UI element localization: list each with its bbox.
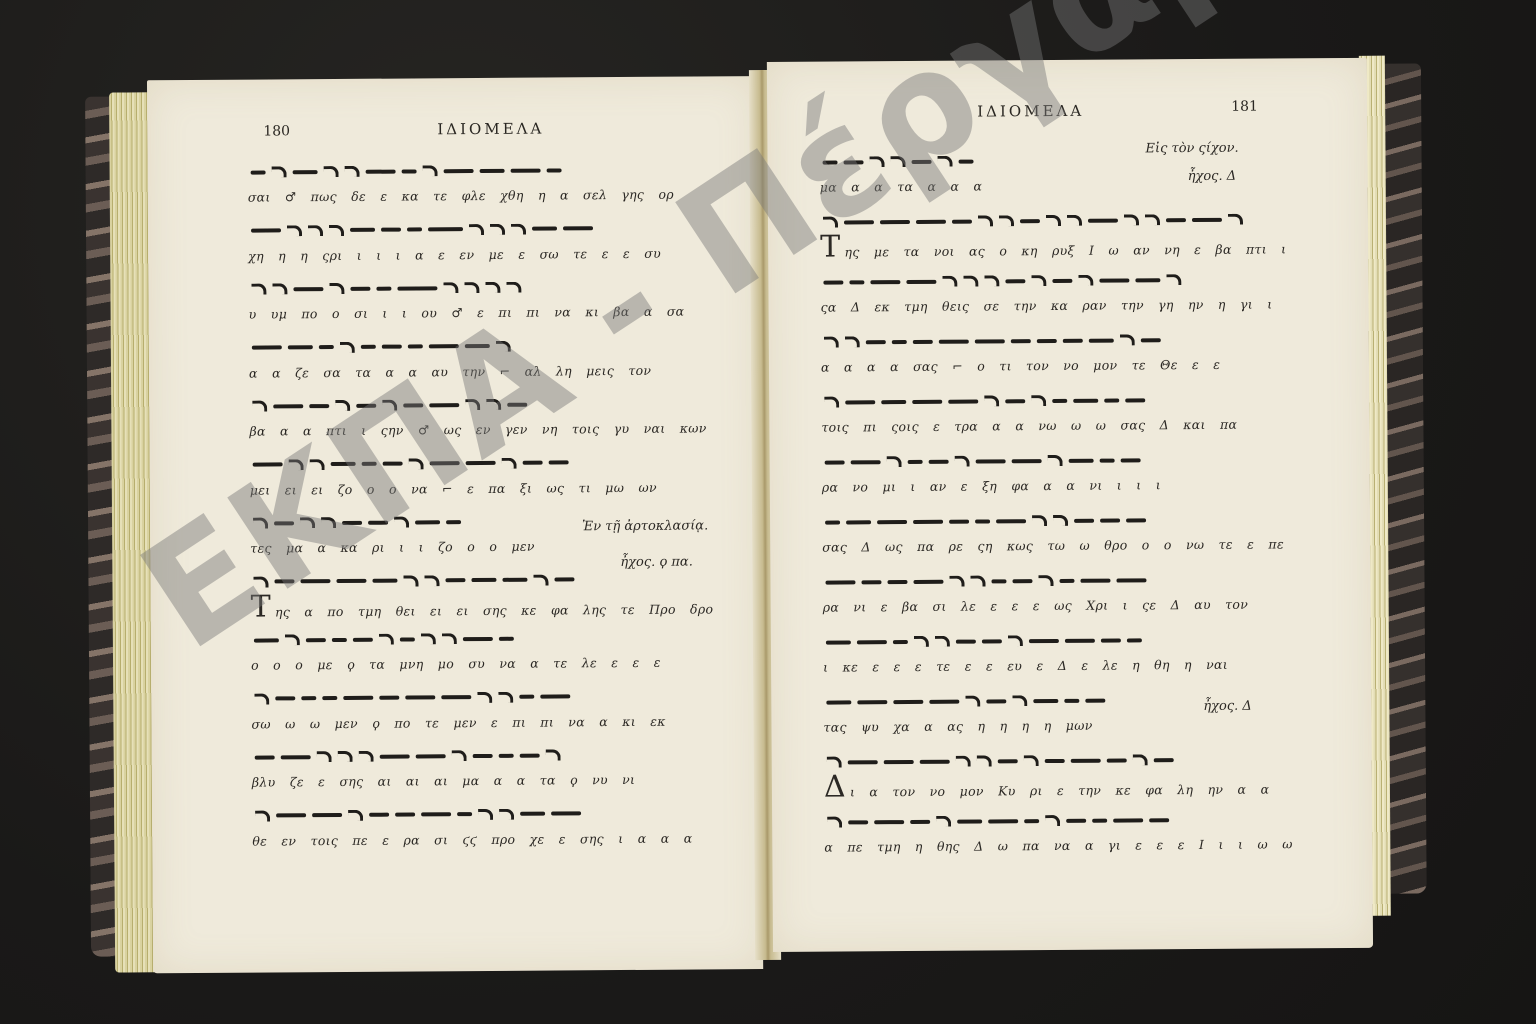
neume-glyph-icon — [857, 700, 887, 704]
neume-glyph-icon — [308, 225, 323, 236]
neume-glyph-icon — [952, 219, 972, 223]
music-line: τας ψυ χα α ας η η η η μων — [823, 688, 1283, 691]
music-line: Της με τα νοι ας ο κη ρυξ Ι ω αν νη ε βα… — [820, 208, 1280, 211]
lyrics-text: σαι ♂ πως δε ε κα τε φλε χθη η α σελ γης… — [248, 187, 674, 205]
neume-glyph-icon — [379, 696, 399, 700]
neume-glyph-icon — [551, 811, 581, 815]
neume-glyph-icon — [1149, 818, 1169, 822]
neume-glyph-icon — [532, 226, 557, 230]
neume-notation — [821, 329, 1164, 353]
neume-glyph-icon — [382, 345, 402, 349]
neume-glyph-icon — [383, 462, 403, 466]
music-line: σας Δ ως πα ρε ςη κως τω ω θρο ο ο νω τε… — [822, 508, 1282, 511]
neume-glyph-icon — [1053, 515, 1068, 526]
neume-glyph-icon — [1125, 398, 1145, 402]
neume-glyph-icon — [986, 699, 1006, 703]
neume-glyph-icon — [975, 519, 990, 523]
neume-glyph-icon — [338, 751, 353, 762]
neume-glyph-icon — [939, 339, 969, 343]
neume-glyph-icon — [977, 755, 992, 766]
neume-glyph-icon — [549, 460, 569, 464]
neume-glyph-icon — [424, 575, 439, 586]
neume-glyph-icon — [463, 636, 493, 640]
lyrics-text: βα α α πτι ι ςην ♂ ως εν γεν νη τοις γυ … — [249, 420, 706, 438]
neume-glyph-icon — [942, 276, 957, 287]
neume-glyph-icon — [1045, 815, 1060, 826]
neume-glyph-icon — [359, 751, 374, 762]
neume-glyph-icon — [1008, 635, 1023, 646]
neume-glyph-icon — [342, 520, 362, 524]
neume-glyph-icon — [1127, 638, 1142, 642]
neume-glyph-icon — [1089, 338, 1114, 342]
neume-glyph-icon — [519, 695, 534, 699]
page-number: 180 — [263, 123, 290, 139]
neume-glyph-icon — [824, 397, 839, 408]
neume-glyph-icon — [361, 345, 376, 349]
neume-glyph-icon — [988, 819, 1018, 823]
neume-notation — [819, 151, 976, 174]
neume-glyph-icon — [956, 639, 976, 643]
neume-glyph-icon — [465, 399, 480, 410]
neume-glyph-icon — [1063, 338, 1083, 342]
neume-glyph-icon — [929, 459, 949, 463]
neume-glyph-icon — [251, 170, 266, 174]
lyrics-text: ι κε ε ε ε τε ε ε ευ ε Δ ε λε η θη η ναι — [823, 657, 1228, 675]
neume-glyph-icon — [1033, 698, 1058, 702]
music-line: υ υμ πο ο σι ι ι ου ♂ ε πι πι να κι βα α… — [248, 275, 708, 278]
neume-glyph-icon — [407, 227, 422, 231]
neume-glyph-icon — [444, 169, 474, 173]
neume-glyph-icon — [251, 283, 266, 294]
neume-glyph-icon — [938, 156, 953, 167]
neume-glyph-icon — [1080, 578, 1110, 582]
neume-glyph-icon — [870, 156, 885, 167]
drop-initial: Τ — [820, 229, 841, 264]
neume-glyph-icon — [423, 165, 438, 176]
neume-glyph-icon — [252, 345, 282, 349]
neume-glyph-icon — [1104, 398, 1119, 402]
neume-glyph-icon — [348, 809, 363, 820]
neume-glyph-icon — [322, 696, 337, 700]
neume-glyph-icon — [1020, 219, 1040, 223]
neume-glyph-icon — [332, 637, 347, 641]
neume-notation — [248, 218, 596, 242]
neume-glyph-icon — [1120, 334, 1135, 345]
neume-glyph-icon — [445, 578, 465, 582]
neume-glyph-icon — [547, 168, 562, 172]
page-number: 181 — [1231, 99, 1258, 115]
music-line: ρα νι ε βα σι λε ε ε ε ως Χρι ι ςε Δ αυ … — [822, 568, 1282, 571]
neume-glyph-icon — [1059, 578, 1074, 582]
neume-glyph-icon — [464, 282, 479, 293]
music-line: τες μα α κα ρι ι ι ζο ο ο μεν — [250, 509, 710, 512]
neume-glyph-icon — [949, 576, 964, 587]
rubric-mode: ἦχος. Δ — [1188, 169, 1237, 184]
neume-glyph-icon — [319, 345, 334, 349]
neume-glyph-icon — [1052, 398, 1067, 402]
neume-glyph-icon — [397, 286, 437, 290]
neume-glyph-icon — [1032, 515, 1047, 526]
neume-glyph-icon — [457, 812, 472, 816]
neume-glyph-icon — [331, 462, 356, 466]
neume-glyph-icon — [970, 575, 985, 586]
neume-glyph-icon — [446, 520, 461, 524]
neume-notation — [822, 569, 1149, 593]
neume-glyph-icon — [309, 404, 329, 408]
neume-glyph-icon — [452, 750, 467, 761]
neume-glyph-icon — [1046, 215, 1061, 226]
neume-glyph-icon — [563, 226, 593, 230]
neume-glyph-icon — [511, 223, 526, 234]
music-line: θε εν τοις πε ε ρα σι ϛϛ προ χε ε σης ι … — [252, 802, 712, 805]
neume-glyph-icon — [429, 403, 459, 407]
neume-glyph-icon — [965, 696, 980, 707]
neume-glyph-icon — [511, 168, 541, 172]
neume-glyph-icon — [1067, 215, 1082, 226]
neume-glyph-icon — [312, 813, 342, 817]
neume-glyph-icon — [846, 520, 871, 524]
neume-glyph-icon — [275, 696, 295, 700]
right-page: ΙΔΙΟΜΕΛΑ 181 Εἰς τὸν ςίχον. ἦχος. Δ μα α… — [767, 58, 1373, 952]
music-line: βα α α πτι ι ςην ♂ ως εν γεν νη τοις γυ … — [249, 392, 709, 395]
neume-glyph-icon — [415, 520, 440, 524]
neume-glyph-icon — [845, 336, 860, 347]
neume-glyph-icon — [369, 813, 389, 817]
neume-notation — [824, 809, 1172, 833]
neume-glyph-icon — [844, 220, 874, 224]
lyrics-text: α α ζε σα τα α α αυ την ⌐ αλ λη μεις τον — [249, 362, 651, 380]
neume-glyph-icon — [520, 812, 545, 816]
neume-glyph-icon — [1012, 579, 1032, 583]
neume-glyph-icon — [848, 820, 868, 824]
neume-glyph-icon — [300, 517, 315, 528]
neume-glyph-icon — [251, 228, 281, 232]
neume-glyph-icon — [912, 159, 932, 163]
neume-glyph-icon — [502, 578, 527, 582]
lyrics-text: ρα νο μι ι αν ε ξη φα α α νι ι ι ι — [822, 477, 1161, 494]
neume-glyph-icon — [486, 399, 501, 410]
neume-notation — [252, 803, 584, 827]
rubric-mode: ἦχος. ϙ πα. — [620, 555, 693, 571]
neume-glyph-icon — [906, 279, 936, 283]
neume-glyph-icon — [884, 759, 914, 763]
neume-glyph-icon — [1101, 638, 1121, 642]
neume-glyph-icon — [914, 636, 929, 647]
lyrics-text: χη η η ςρι ι ι ι α ε εν με ε σω τε ε ε σ… — [248, 245, 661, 263]
neume-glyph-icon — [400, 637, 415, 641]
neume-glyph-icon — [1066, 818, 1086, 822]
lyrics-text: θε εν τοις πε ε ρα σι ϛϛ προ χε ε σης ι … — [252, 830, 692, 848]
neume-glyph-icon — [825, 580, 855, 584]
neume-glyph-icon — [861, 580, 881, 584]
neume-glyph-icon — [254, 638, 279, 642]
neume-glyph-icon — [499, 808, 514, 819]
neume-glyph-icon — [506, 282, 521, 293]
neume-glyph-icon — [520, 753, 540, 757]
neume-glyph-icon — [272, 283, 287, 294]
neume-notation — [249, 335, 514, 359]
neume-glyph-icon — [289, 459, 304, 470]
music-line: α πε τμη η θης Δ ω πα να α γι ε ε ε Ι ι … — [824, 808, 1284, 811]
neume-glyph-icon — [274, 521, 294, 525]
neume-glyph-icon — [826, 700, 851, 704]
neume-glyph-icon — [546, 749, 561, 760]
neume-glyph-icon — [502, 457, 517, 468]
neume-glyph-icon — [1024, 755, 1039, 766]
lyrics-text: βλυ ζε ε σης αι αι αι μα α α τα ϙ νυ νι — [252, 772, 635, 790]
neume-glyph-icon — [1012, 695, 1027, 706]
neume-glyph-icon — [276, 813, 306, 817]
lyrics-text: τοις πι ςοις ε τρα α α νω ω ω σας Δ και … — [821, 417, 1237, 435]
neume-glyph-icon — [1133, 754, 1148, 765]
neume-glyph-icon — [310, 459, 325, 470]
neume-glyph-icon — [1154, 758, 1174, 762]
neume-glyph-icon — [963, 276, 978, 287]
neume-glyph-icon — [381, 228, 401, 232]
neume-glyph-icon — [409, 458, 424, 469]
neume-glyph-icon — [881, 400, 906, 404]
neume-glyph-icon — [1048, 455, 1063, 466]
neume-glyph-icon — [1024, 819, 1039, 823]
neume-glyph-icon — [956, 756, 971, 767]
neume-glyph-icon — [379, 634, 394, 645]
neume-glyph-icon — [324, 166, 339, 177]
neume-glyph-icon — [499, 636, 514, 640]
neume-glyph-icon — [300, 579, 330, 583]
neume-glyph-icon — [1135, 278, 1160, 282]
neume-notation — [248, 159, 565, 183]
neume-notation — [822, 449, 1144, 473]
neume-glyph-icon — [823, 160, 838, 164]
neume-glyph-icon — [253, 576, 268, 587]
neume-glyph-icon — [848, 760, 878, 764]
neume-glyph-icon — [849, 280, 864, 284]
lyrics-text: τας ψυ χα α ας η η η η μων — [823, 718, 1092, 735]
neume-glyph-icon — [478, 808, 493, 819]
neume-glyph-icon — [293, 170, 318, 174]
music-line: ρα νο μι ι αν ε ξη φα α α νι ι ι ι — [822, 448, 1282, 451]
neume-notation — [822, 509, 1149, 533]
lyrics-text: σας Δ ως πα ρε ςη κως τω ω θρο ο ο νω τε… — [822, 536, 1284, 554]
neume-glyph-icon — [891, 156, 906, 167]
neume-glyph-icon — [1045, 758, 1065, 762]
neume-glyph-icon — [350, 228, 375, 232]
neume-glyph-icon — [403, 403, 423, 407]
neume-glyph-icon — [845, 400, 875, 404]
neume-glyph-icon — [252, 400, 267, 411]
neume-notation — [251, 686, 573, 710]
neume-notation — [249, 394, 530, 418]
neume-glyph-icon — [975, 339, 1005, 343]
neume-glyph-icon — [376, 286, 391, 290]
neume-glyph-icon — [1031, 275, 1046, 286]
rubric-mode-bottom: ἦχος. Δ — [1203, 699, 1252, 714]
neume-glyph-icon — [984, 395, 999, 406]
neume-glyph-icon — [287, 225, 302, 236]
lyrics-text: α πε τμη η θης Δ ω πα να α γι ε ε ε Ι ι … — [824, 836, 1292, 854]
neume-glyph-icon — [1126, 518, 1146, 522]
neume-glyph-icon — [959, 159, 974, 163]
neume-glyph-icon — [913, 339, 933, 343]
neume-glyph-icon — [1166, 218, 1186, 222]
neume-glyph-icon — [321, 517, 336, 528]
neume-glyph-icon — [480, 168, 505, 172]
neume-glyph-icon — [1005, 399, 1025, 403]
neume-glyph-icon — [499, 753, 514, 757]
neume-glyph-icon — [274, 579, 294, 583]
neume-glyph-icon — [255, 755, 275, 759]
neume-glyph-icon — [912, 399, 942, 403]
neume-glyph-icon — [1085, 698, 1105, 702]
neume-glyph-icon — [353, 637, 373, 641]
neume-glyph-icon — [336, 579, 366, 583]
neume-glyph-icon — [1092, 818, 1107, 822]
neume-glyph-icon — [1071, 758, 1101, 762]
neume-glyph-icon — [1011, 339, 1031, 343]
neume-glyph-icon — [957, 819, 982, 823]
neume-glyph-icon — [490, 223, 505, 234]
neume-notation — [823, 629, 1145, 653]
lyrics-text: Της με τα νοι ας ο κη ρυξ Ι ω αν νη ε βα… — [820, 226, 1286, 264]
neume-notation — [250, 511, 464, 534]
neume-glyph-icon — [507, 402, 527, 406]
neume-glyph-icon — [1031, 395, 1046, 406]
neume-glyph-icon — [465, 344, 490, 348]
neume-glyph-icon — [1100, 518, 1120, 522]
neume-glyph-icon — [368, 520, 388, 524]
neume-glyph-icon — [949, 519, 969, 523]
neume-glyph-icon — [554, 577, 574, 581]
neume-glyph-icon — [948, 399, 978, 403]
neume-glyph-icon — [936, 816, 951, 827]
neume-glyph-icon — [408, 344, 423, 348]
music-line: ςα Δ εκ τμη θεις σε την κα ραν την γη ην… — [820, 268, 1280, 271]
neume-glyph-icon — [827, 816, 842, 827]
rubric-title: Ἐν τῇ ἀρτοκλασίᾳ. — [582, 518, 708, 534]
music-line: μει ει ει ζο ο ο να ⌐ ε πα ξι ως τι μω ω… — [250, 451, 710, 454]
neume-glyph-icon — [273, 404, 303, 408]
neume-glyph-icon — [394, 517, 409, 528]
open-book: 180 ΙΔΙΟΜΕΛΑ σαι ♂ πως δε ε κα τε φλε χθ… — [0, 0, 1536, 1024]
neume-glyph-icon — [362, 462, 377, 466]
neume-glyph-icon — [880, 220, 910, 224]
neume-glyph-icon — [429, 344, 459, 348]
neume-glyph-icon — [253, 462, 283, 466]
neume-glyph-icon — [317, 751, 332, 762]
neume-glyph-icon — [471, 578, 496, 582]
neume-glyph-icon — [935, 636, 950, 647]
neume-glyph-icon — [485, 282, 500, 293]
neume-glyph-icon — [403, 575, 418, 586]
neume-glyph-icon — [1228, 214, 1243, 225]
neume-glyph-icon — [929, 699, 959, 703]
neume-glyph-icon — [1107, 758, 1127, 762]
neume-notation — [251, 628, 517, 652]
lyrics-text: μα α α τα α α α — [820, 178, 983, 194]
neume-glyph-icon — [825, 520, 840, 524]
neume-glyph-icon — [827, 756, 842, 767]
neume-glyph-icon — [285, 634, 300, 645]
neume-glyph-icon — [335, 400, 350, 411]
neume-glyph-icon — [469, 223, 484, 234]
music-line: τοις πι ςοις ε τρα α α νω ω ω σας Δ και … — [821, 388, 1281, 391]
neume-glyph-icon — [428, 227, 463, 231]
neume-glyph-icon — [301, 696, 316, 700]
neume-notation — [821, 389, 1148, 413]
neume-glyph-icon — [887, 580, 907, 584]
lyrics-text: ο ο ο με ϙ τα μνη μο συ να α τε λε ε ε ε — [251, 655, 661, 673]
neume-glyph-icon — [1124, 214, 1139, 225]
neume-glyph-icon — [1073, 398, 1098, 402]
neume-notation — [252, 744, 564, 768]
neume-glyph-icon — [1100, 458, 1115, 462]
neume-glyph-icon — [496, 340, 511, 351]
neume-glyph-icon — [1012, 459, 1042, 463]
neume-glyph-icon — [998, 759, 1018, 763]
neume-glyph-icon — [1029, 638, 1059, 642]
neume-glyph-icon — [253, 517, 268, 528]
neume-glyph-icon — [395, 812, 415, 816]
neume-glyph-icon — [824, 337, 839, 348]
neume-glyph-icon — [1064, 698, 1079, 702]
neume-glyph-icon — [306, 638, 326, 642]
neume-glyph-icon — [1121, 458, 1141, 462]
neume-glyph-icon — [1088, 218, 1118, 222]
lyrics-text: μει ει ει ζο ο ο να ⌐ ε πα ξι ως τι μω ω… — [250, 479, 657, 497]
music-line: α α ζε σα τα α α αυ την ⌐ αλ λη μεις τον — [249, 334, 709, 337]
left-page: 180 ΙΔΙΟΜΕΛΑ σαι ♂ πως δε ε κα τε φλε χθ… — [147, 76, 763, 973]
neume-glyph-icon — [443, 282, 458, 293]
neume-glyph-icon — [421, 633, 436, 644]
music-line: βλυ ζε ε σης αι αι αι μα α α τα ϙ νυ νι — [252, 743, 712, 746]
lyrics-text: υ υμ πο ο σι ι ι ου ♂ ε πι πι να κι βα α… — [249, 304, 685, 322]
neume-glyph-icon — [1078, 275, 1093, 286]
neume-glyph-icon — [887, 456, 902, 467]
neume-glyph-icon — [382, 400, 397, 411]
neume-glyph-icon — [345, 166, 360, 177]
neume-glyph-icon — [1037, 338, 1057, 342]
neume-glyph-icon — [329, 224, 344, 235]
neume-glyph-icon — [402, 169, 417, 173]
neume-glyph-icon — [1166, 274, 1181, 285]
neume-glyph-icon — [430, 461, 460, 465]
neume-glyph-icon — [405, 695, 435, 699]
neume-glyph-icon — [1074, 518, 1094, 522]
neume-glyph-icon — [857, 640, 887, 644]
neume-glyph-icon — [1116, 578, 1146, 582]
lyrics-text: ρα νι ε βα σι λε ε ε ε ως Χρι ι ςε Δ αυ … — [823, 597, 1249, 615]
neume-glyph-icon — [877, 520, 907, 524]
neume-glyph-icon — [1145, 214, 1160, 225]
neume-glyph-icon — [874, 820, 904, 824]
neume-glyph-icon — [473, 753, 493, 757]
neume-glyph-icon — [916, 219, 946, 223]
neume-glyph-icon — [892, 340, 907, 344]
neume-glyph-icon — [1069, 458, 1094, 462]
neume-glyph-icon — [498, 691, 513, 702]
music-line: α α α α σας ⌐ ο τι τον νο μον τε Θε ε ε — [821, 328, 1281, 331]
music-line: σω ω ω μεν ϙ πο τε μεν ε πι πι να α κι ε… — [251, 685, 711, 688]
neume-glyph-icon — [442, 633, 457, 644]
neume-glyph-icon — [844, 160, 864, 164]
neume-glyph-icon — [421, 812, 451, 816]
neume-glyph-icon — [893, 699, 923, 703]
neume-glyph-icon — [823, 280, 843, 284]
lyrics-text: σω ω ω μεν ϙ πο τε μεν ε πι πι να α κι ε… — [251, 713, 665, 731]
neume-glyph-icon — [281, 755, 311, 759]
neume-notation — [250, 452, 572, 476]
neume-glyph-icon — [991, 579, 1006, 583]
